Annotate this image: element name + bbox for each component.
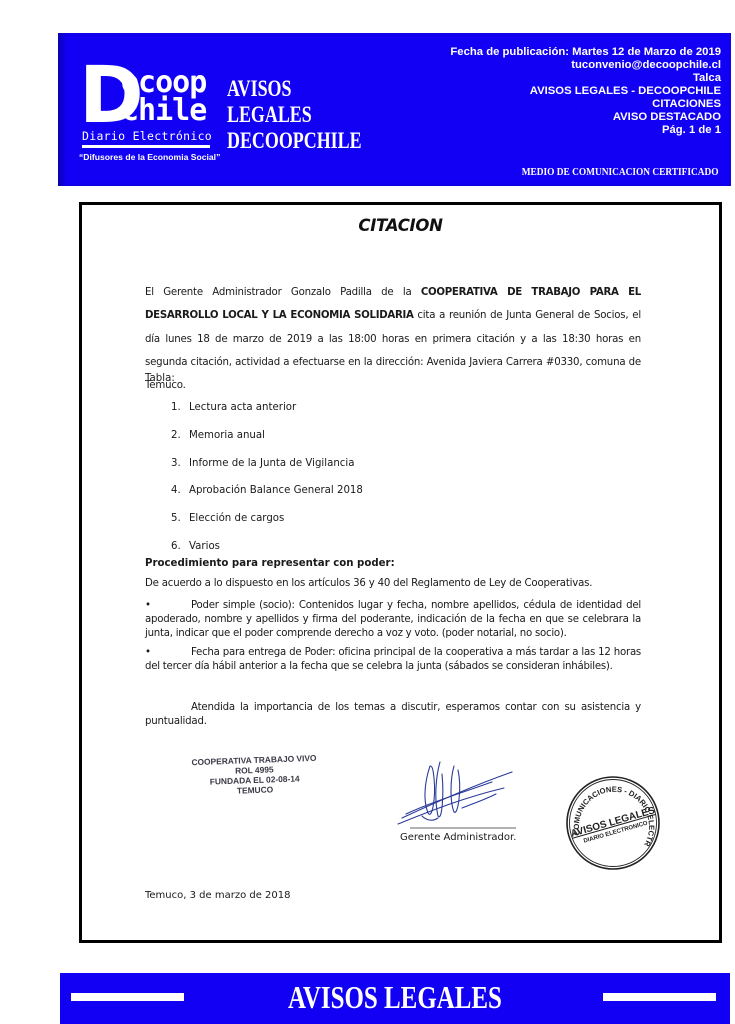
closing-paragraph: Atendida la importancia de los temas a d… — [145, 701, 641, 729]
citation-document: CITACION El Gerente Administrador Gonzal… — [79, 202, 722, 943]
agenda-item-number: 1. — [171, 402, 189, 413]
agenda-item-text: Memoria anual — [189, 430, 265, 441]
agenda-item-number: 5. — [171, 513, 189, 524]
agenda-item-text: Aprobación Balance General 2018 — [189, 485, 363, 496]
logo-line-2: chile — [121, 97, 206, 125]
publication-date: Fecha de publicación: Martes 12 de Marzo… — [450, 46, 721, 59]
procedure-bullet: •Fecha para entrega de Poder: oficina pr… — [145, 646, 641, 674]
logo-divider — [82, 145, 210, 148]
agenda-item-text: Informe de la Junta de Vigilancia — [189, 458, 354, 469]
bullet-icon: • — [145, 599, 191, 613]
cooperative-stamp: COOPERATIVA TRABAJO VIVO ROL 4995 FUNDAD… — [191, 753, 317, 797]
agenda-item-number: 2. — [171, 430, 189, 441]
footer-divider-right — [603, 993, 716, 1001]
brand-title-line: LEGALES — [227, 102, 362, 128]
publication-section: AVISOS LEGALES - DECOOPCHILE — [450, 85, 721, 98]
header-banner: D ecoop chile Diario Electrónico “Difuso… — [58, 33, 731, 186]
agenda-item-number: 3. — [171, 458, 189, 469]
publication-category: CITACIONES — [450, 98, 721, 111]
bullet-text: Poder simple (socio): Contenidos lugar y… — [145, 600, 641, 639]
logo-slogan: “Difusores de la Economia Social” — [79, 152, 220, 162]
contact-email[interactable]: tuconvenio@decoopchile.cl — [450, 59, 721, 72]
agenda-list: 1.Lectura acta anterior 2.Memoria anual … — [171, 402, 363, 569]
agenda-item-text: Varios — [189, 541, 220, 552]
procedure-title: Procedimiento para representar con poder… — [145, 558, 641, 569]
agenda-item: 2.Memoria anual — [171, 430, 363, 458]
agenda-item-number: 4. — [171, 485, 189, 496]
agenda-item: 1.Lectura acta anterior — [171, 402, 363, 430]
bullet-icon: • — [145, 646, 191, 660]
publication-info: Fecha de publicación: Martes 12 de Marzo… — [450, 46, 721, 137]
publication-city: Talca — [450, 72, 721, 85]
agenda-item: 3.Informe de la Junta de Vigilancia — [171, 458, 363, 486]
brand-title-line: AVISOS — [227, 76, 362, 102]
logo-subtitle: Diario Electrónico — [82, 129, 212, 143]
page-number: Pág. 1 de 1 — [450, 124, 721, 137]
intro-text: El Gerente Administrador Gonzalo Padilla… — [145, 287, 421, 298]
footer-title: AVISOS LEGALES — [134, 979, 657, 1015]
brand-title-line: DECOOPCHILE — [227, 128, 362, 154]
signature-icon — [392, 758, 522, 830]
certified-label: MEDIO DE COMUNICACION CERTIFICADO — [522, 166, 719, 178]
agenda-label: Tabla: — [145, 373, 641, 384]
document-date: Temuco, 3 de marzo de 2018 — [145, 890, 291, 901]
decoopchile-logo[interactable]: D ecoop chile Diario Electrónico “Difuso… — [79, 61, 219, 173]
agenda-item: 4.Aprobación Balance General 2018 — [171, 485, 363, 513]
brand-title: AVISOS LEGALES DECOOPCHILE — [227, 76, 362, 154]
signature-label: Gerente Administrador. — [400, 832, 516, 843]
closing-text: Atendida la importancia de los temas a d… — [145, 702, 641, 727]
bullet-text: Fecha para entrega de Poder: oficina pri… — [145, 647, 641, 672]
agenda-item-text: Lectura acta anterior — [189, 402, 296, 413]
procedure-bullet: •Poder simple (socio): Contenidos lugar … — [145, 599, 641, 641]
footer-banner: AVISOS LEGALES — [60, 973, 730, 1024]
agenda-item-text: Elección de cargos — [189, 513, 284, 524]
agenda-item-number: 6. — [171, 541, 189, 552]
document-title: CITACION — [82, 216, 719, 235]
agenda-item: 5.Elección de cargos — [171, 513, 363, 541]
seal-stamp-icon: COMUNICACIONES - DIARIO ELECTRONICO AVIS… — [563, 773, 663, 873]
publication-type: AVISO DESTACADO — [450, 111, 721, 124]
procedure-text: De acuerdo a lo dispuesto en los artícul… — [145, 578, 641, 589]
